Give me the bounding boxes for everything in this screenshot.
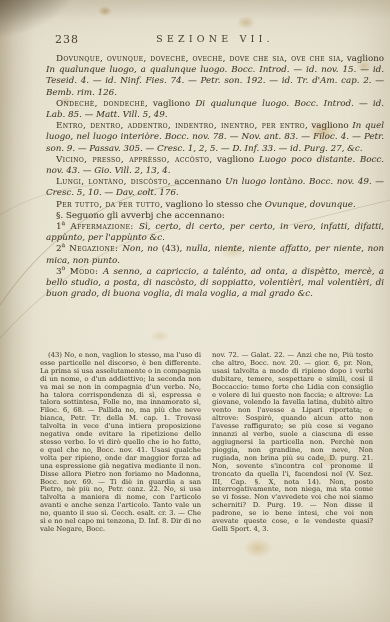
- paragraph: Vicino, presso, apprèsso, accòsto, vagli…: [46, 155, 384, 177]
- section-title: SEZIONE VII.: [46, 34, 384, 45]
- paragraph: 1a Affermazione: Sì, certo, di certo, pe…: [46, 222, 384, 244]
- paragraph: §. Seguono gli avverbj che accennano:: [46, 211, 384, 222]
- paper-stain: [243, 538, 273, 558]
- paragraph: Ondechè, dondechè, vagliono Di qualunque…: [46, 99, 384, 121]
- paragraph: Dovunque, ovunque, dovechè, ovechè, dove…: [46, 54, 384, 99]
- footnote: (43) No, e non, vaglion lo stesso, ma l'…: [40, 352, 374, 534]
- footnote-right-column: nov. 72. — Galat. 22. — Anzi che no, Più…: [212, 352, 373, 534]
- paper-stain: [237, 16, 255, 29]
- paragraph: Entro, dentro, addentro, indentro, inent…: [46, 121, 384, 155]
- body-text: Dovunque, ovunque, dovechè, ovechè, dove…: [46, 54, 384, 300]
- paragraph: Per tutto, da per tutto, vagliono lo ste…: [46, 200, 384, 211]
- paper-stain: [98, 6, 112, 16]
- paper-stain: [150, 330, 170, 342]
- running-head: 238 SEZIONE VII.: [46, 33, 384, 47]
- paragraph: 3o Modo: A senno, a capriccio, a talénto…: [46, 267, 384, 301]
- paragraph: Lungi, lontàno, discòsto, accennano Un l…: [46, 177, 384, 199]
- book-page: 238 SEZIONE VII. Dovunque, ovunque, dove…: [0, 0, 390, 622]
- paragraph: 2a Negazione: Non, no (43), nulla, nient…: [46, 244, 384, 266]
- footnote-left-column: (43) No, e non, vaglion lo stesso, ma l'…: [40, 352, 201, 534]
